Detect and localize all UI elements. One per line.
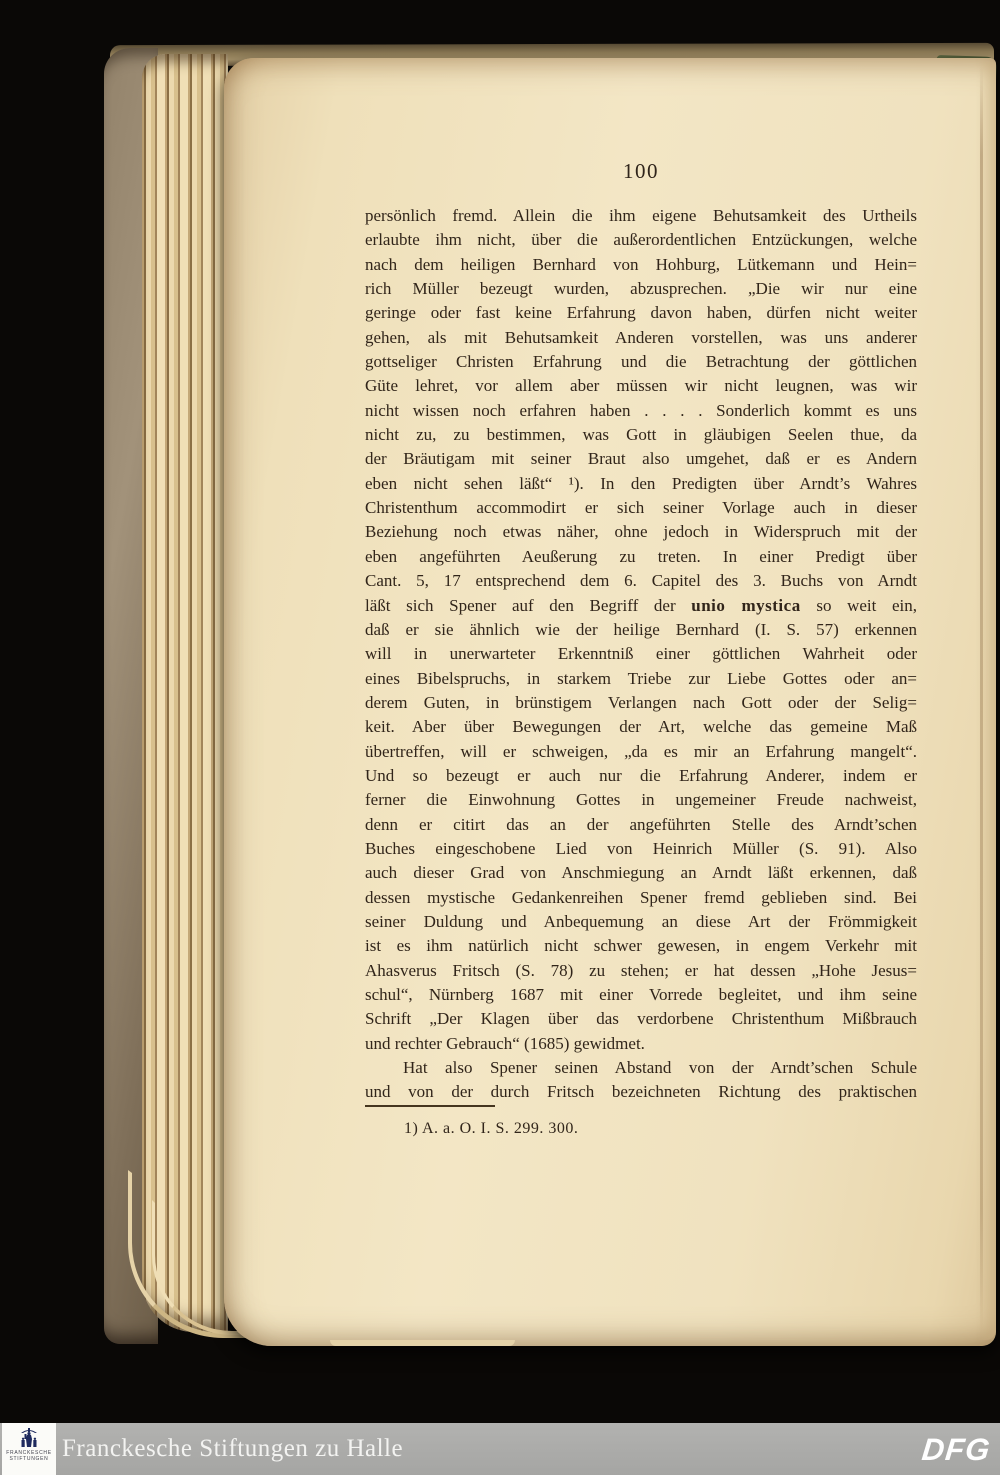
text-line: geringe oder fast keine Erfahrung davon … [365, 301, 917, 325]
text-line: rich Müller bezeugt wurden, abzusprechen… [365, 277, 917, 301]
footnote-rule [365, 1105, 495, 1107]
page-number: 100 [365, 159, 917, 183]
footer-bar: FRANCKESCHE STIFTUNGEN Franckesche Stift… [0, 1423, 1000, 1475]
text-line: gottseliger Christen Erfahrung und die B… [365, 350, 917, 374]
text-line: persönlich fremd. Allein die ihm eigene … [365, 204, 917, 228]
text-line: daß er sie ähnlich wie der heilige Bernh… [365, 618, 917, 642]
text-line: Christenthum accommodirt er sich seiner … [365, 496, 917, 520]
text-line: Hat also Spener seinen Abstand von der A… [365, 1056, 917, 1080]
text-line: eben angeführten Aeußerung zu treten. In… [365, 545, 917, 569]
text-line: Buches eingeschobene Lied von Heinrich M… [365, 837, 917, 861]
text-line: nach dem heiligen Bernhard von Hohburg, … [365, 253, 917, 277]
text-line: dessen mystische Gedankenreihen Spener f… [365, 886, 917, 910]
page-bottom-edge [330, 1340, 515, 1346]
dfg-logo: DFG [920, 1432, 992, 1468]
book-scan: 100 persönlich fremd. Allein die ihm eig… [0, 0, 1000, 1475]
text-line: nicht zu, zu bestimmen, was Gott in gläu… [365, 423, 917, 447]
text-line: denn er citirt das an der angeführten St… [365, 813, 917, 837]
text-line: Schrift „Der Klagen über das verdorbene … [365, 1007, 917, 1031]
institution-logo-line2: STIFTUNGEN [6, 1456, 51, 1462]
institution-logo-text: FRANCKESCHE STIFTUNGEN [6, 1450, 51, 1462]
text-line: der Bräutigam mit seiner Braut also umge… [365, 447, 917, 471]
text-line: gehen, als mit Behutsamkeit Anderen vors… [365, 326, 917, 350]
text-line: erlaubte ihm nicht, über die außerordent… [365, 228, 917, 252]
text-line: und rechter Gebrauch“ (1685) gewidmet. [365, 1032, 917, 1056]
page-edge-stack [142, 54, 228, 1332]
franckesche-stiftungen-icon [18, 1427, 40, 1449]
institution-name: Franckesche Stiftungen zu Halle [62, 1423, 403, 1475]
text-line: Güte lehret, vor allem aber müssen wir n… [365, 374, 917, 398]
text-line: ist es ihm natürlich nicht schwer gewese… [365, 934, 917, 958]
text-line: derem Guten, in brünstigem Verlangen nac… [365, 691, 917, 715]
latin-term: unio mystica [691, 596, 800, 615]
text-line: schul“, Nürnberg 1687 mit einer Vorrede … [365, 983, 917, 1007]
text-line: keit. Aber über Bewegungen der Art, welc… [365, 715, 917, 739]
text-line: Beziehung noch etwas näher, ohne jedoch … [365, 520, 917, 544]
text-line: ferner die Einwohnung Gottes in ungemein… [365, 788, 917, 812]
text-line: übertreffen, will er schweigen, „da es m… [365, 740, 917, 764]
text-line: Und so bezeugt er auch nur die Erfahrung… [365, 764, 917, 788]
text-line: nicht wissen noch erfahren haben . . . .… [365, 399, 917, 423]
footnote: 1) A. a. O. I. S. 299. 300. [404, 1120, 578, 1138]
text-line: will in unerwarteter Erkenntniß einer gö… [365, 642, 917, 666]
institution-logo: FRANCKESCHE STIFTUNGEN [2, 1423, 56, 1475]
text-line: läßt sich Spener auf den Begriff der uni… [365, 594, 917, 618]
text-line: Cant. 5, 17 entsprechend dem 6. Capitel … [365, 569, 917, 593]
page-right-edge [978, 62, 996, 1340]
text-line: Ahasverus Fritsch (S. 78) zu stehen; er … [365, 959, 917, 983]
text-line: auch dieser Grad von Anschmiegung an Arn… [365, 861, 917, 885]
text-line: eines Bibelspruchs, in starkem Triebe zu… [365, 667, 917, 691]
text-line: seiner Duldung und Anbequemung an diese … [365, 910, 917, 934]
text-block: persönlich fremd. Allein die ihm eigene … [365, 204, 917, 1105]
text-line: eben nicht sehen läßt“ ¹). In den Predig… [365, 472, 917, 496]
book-page: 100 persönlich fremd. Allein die ihm eig… [224, 58, 996, 1346]
text-line: und von der durch Fritsch bezeichneten R… [365, 1080, 917, 1104]
